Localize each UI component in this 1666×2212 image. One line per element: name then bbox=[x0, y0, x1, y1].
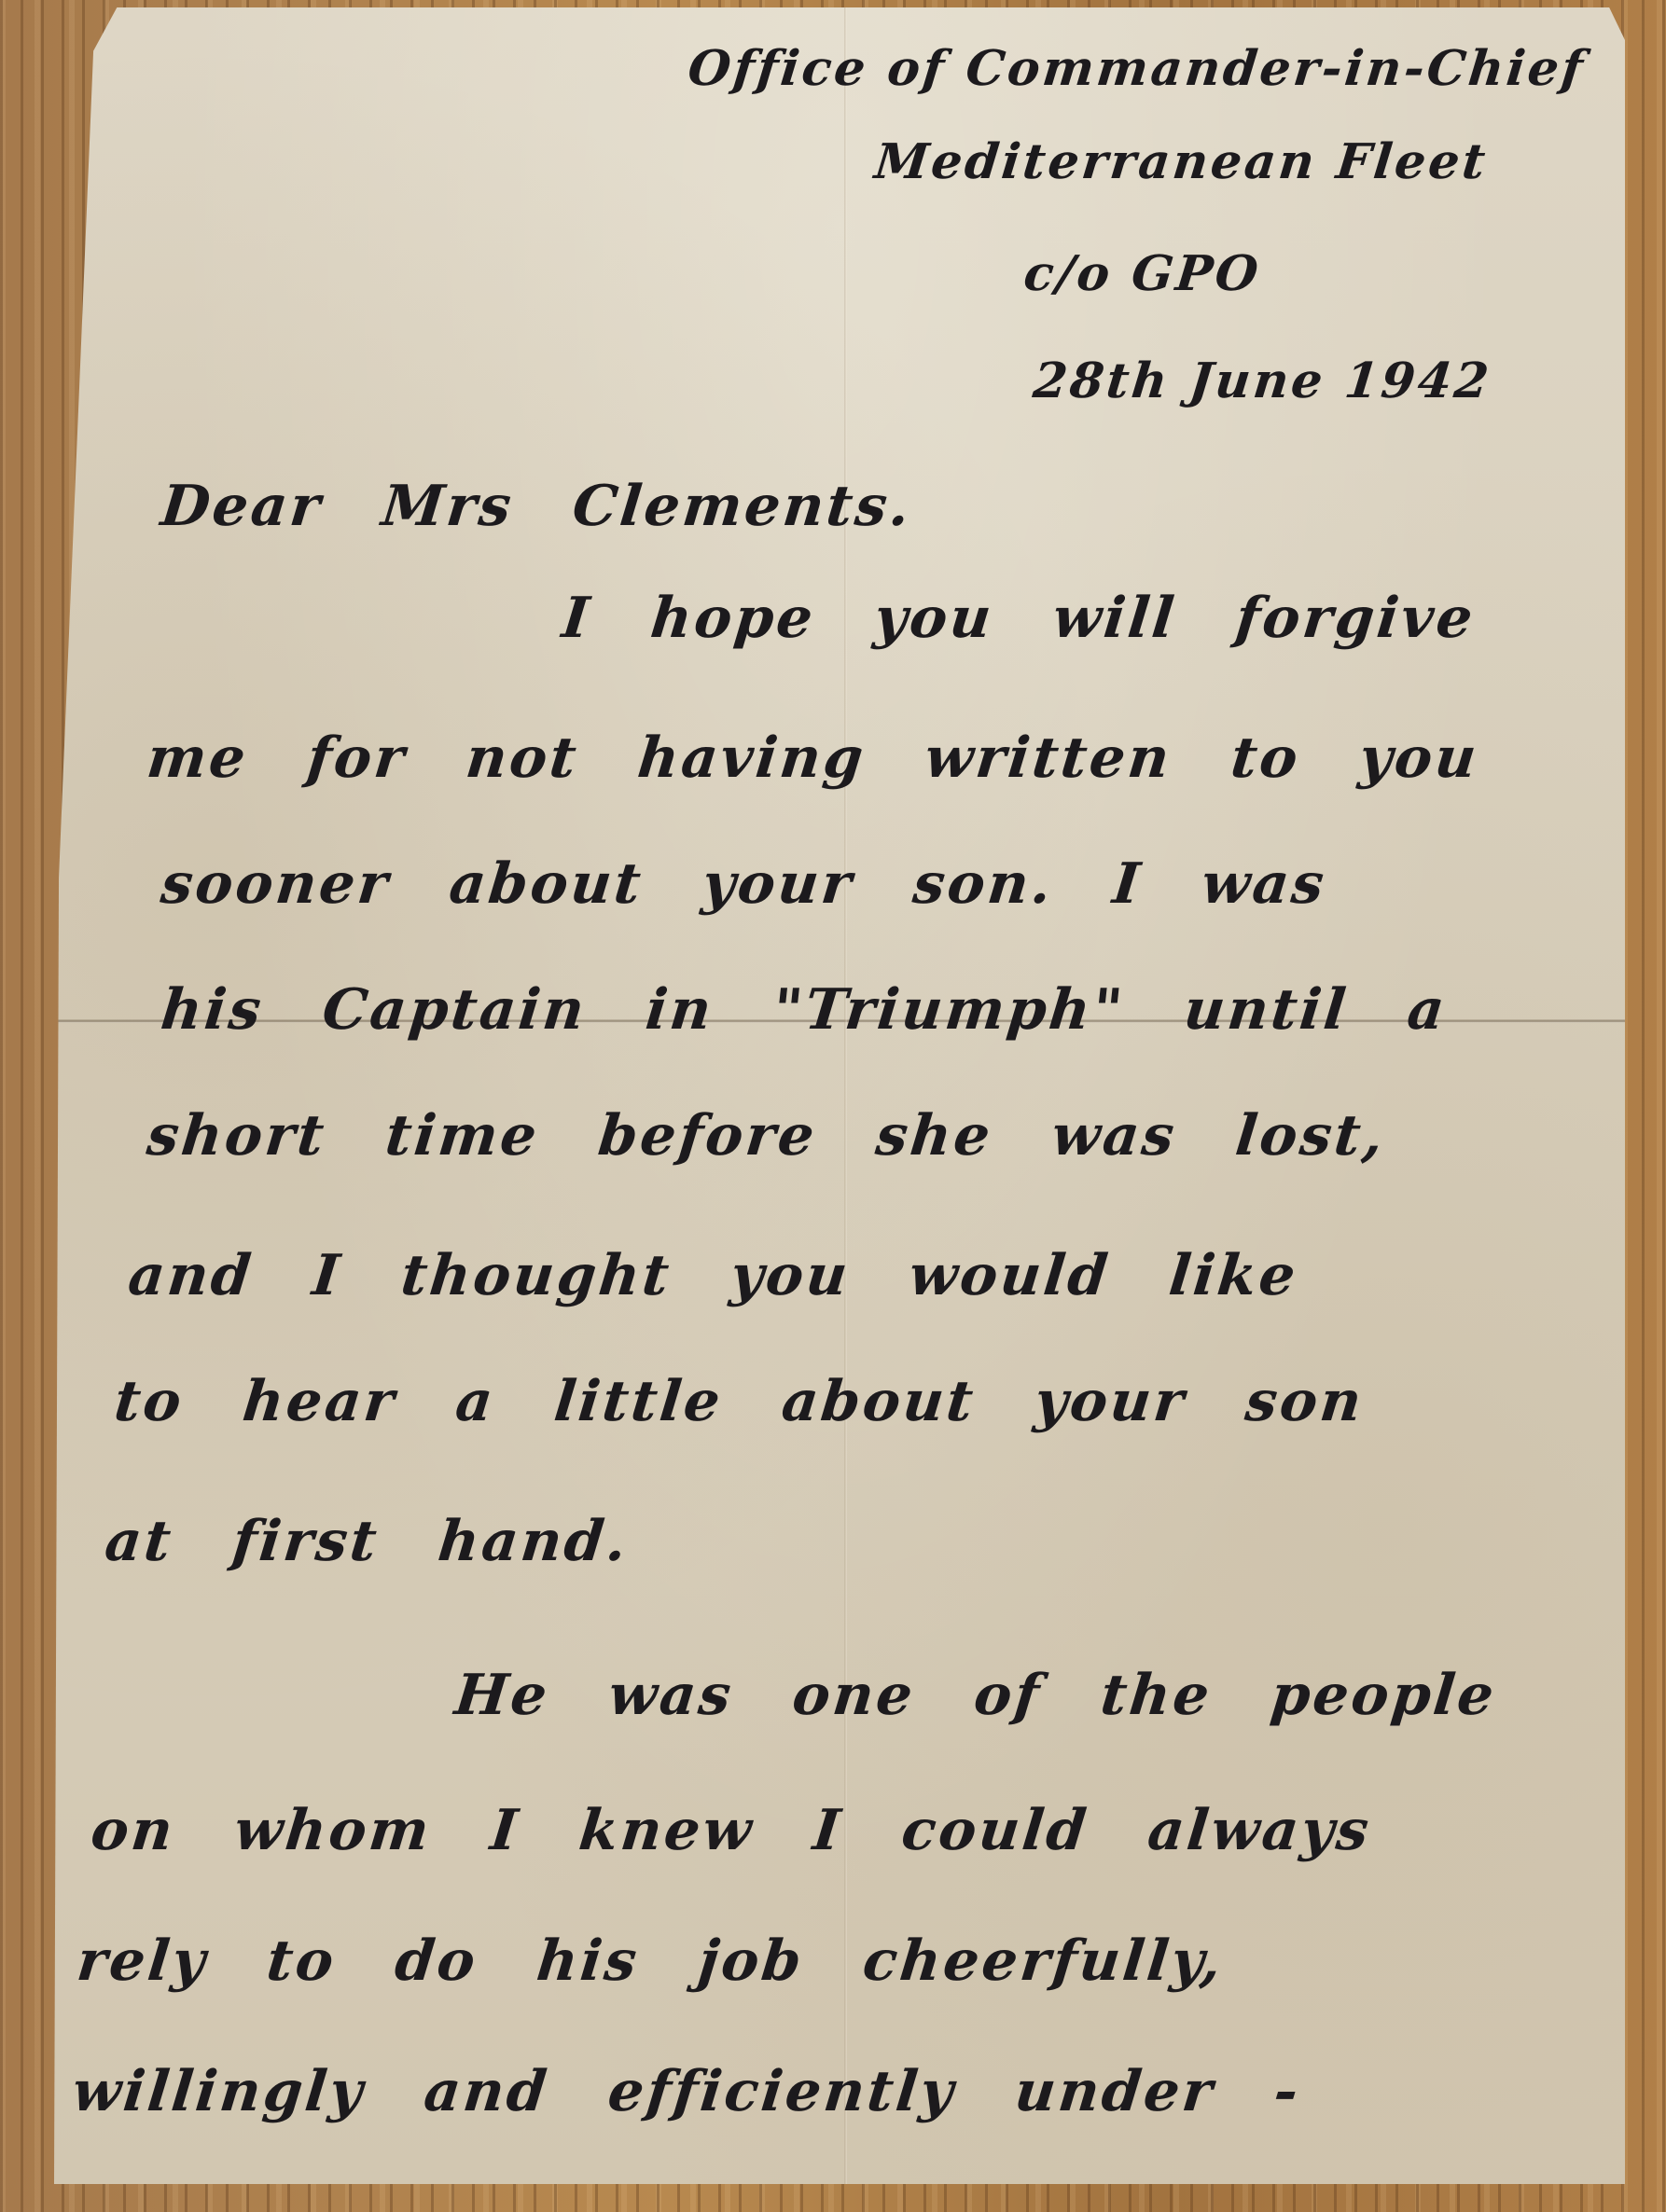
body-line-5: short time before she was lost, bbox=[144, 1103, 1389, 1168]
body-line-2: me for not having written to you bbox=[144, 726, 1481, 791]
body-line-8: at first hand. bbox=[102, 1509, 632, 1574]
body-line-10: on whom I knew I could always bbox=[88, 1798, 1374, 1863]
body-line-4: his Captain in "Triumph" until a bbox=[158, 977, 1450, 1043]
body-line-6: and I thought you would like bbox=[125, 1243, 1300, 1308]
letter-date: 28th June 1942 bbox=[1031, 353, 1494, 409]
letterhead-office: Office of Commander-in-Chief bbox=[686, 40, 1589, 97]
body-line-12: willingly and efficiently under - bbox=[69, 2059, 1303, 2124]
body-line-9: He was one of the people bbox=[451, 1663, 1499, 1728]
body-line-7: to hear a little about your son bbox=[111, 1369, 1367, 1434]
letterhead-address: c/o GPO bbox=[1021, 245, 1264, 302]
salutation: Dear Mrs Clements. bbox=[158, 474, 915, 539]
letterhead-fleet: Mediterranean Fleet bbox=[872, 133, 1491, 190]
letter-paper: Office of Commander-in-Chief Mediterrane… bbox=[54, 7, 1625, 2184]
body-line-3: sooner about your son. I was bbox=[158, 851, 1329, 917]
body-line-11: rely to do his job cheerfully, bbox=[74, 1929, 1227, 1994]
body-line-1: I hope you will forgive bbox=[559, 586, 1479, 651]
